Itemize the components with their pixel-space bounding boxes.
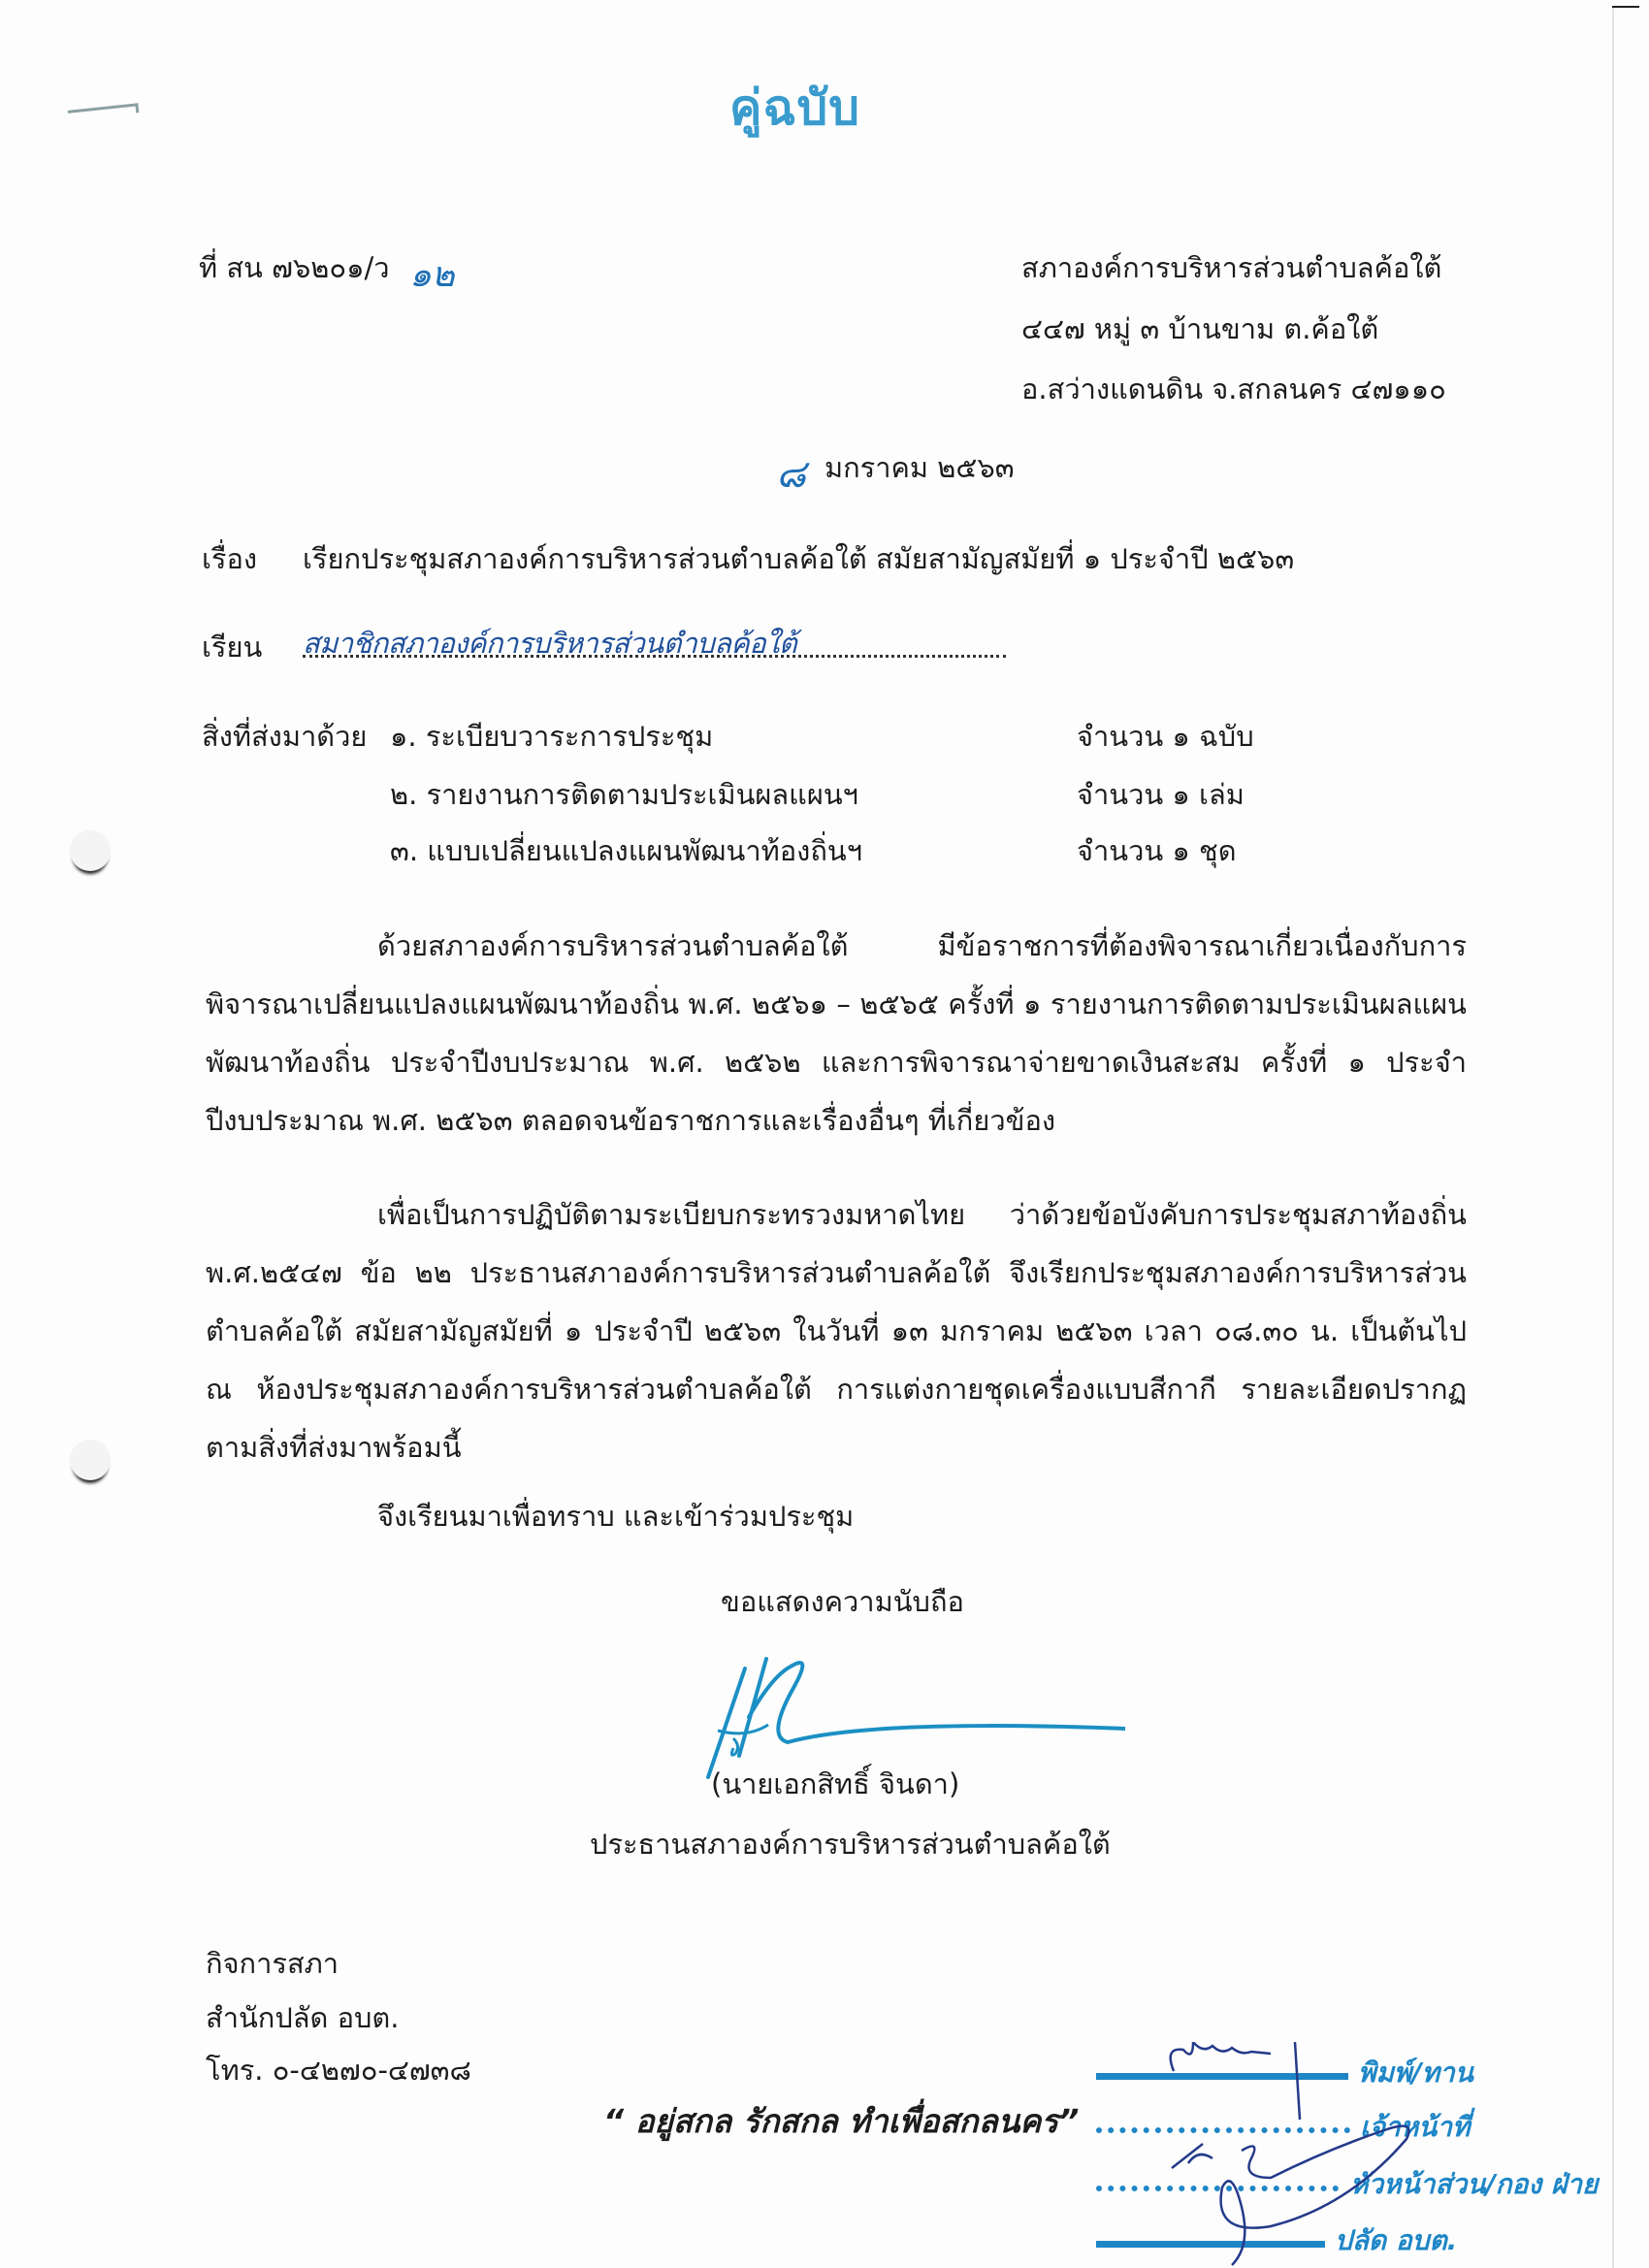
punch-hole [70, 830, 111, 871]
enclosure-quantity: จำนวน ๑ ชุด [1077, 837, 1237, 865]
enclosure-quantity: จำนวน ๑ เล่ม [1077, 781, 1245, 809]
enclosures-label: สิ่งที่ส่งมาด้วย [202, 723, 367, 751]
signatory-title: ประธานสภาองค์การบริหารส่วนตำบลค้อใต้ [590, 1831, 1111, 1859]
body-paragraph: เพื่อเป็นการปฏิบัติตามระเบียบกระทรวงมหาด… [206, 1185, 1467, 1476]
body-paragraph: ด้วยสภาองค์การบริหารส่วนตำบลค้อใต้ มีข้อ… [206, 917, 1467, 1150]
contact-department: กิจการสภา [206, 1950, 339, 1978]
staple-mark [68, 103, 140, 120]
reference-number-handwritten: ๑๒ [409, 246, 455, 302]
sender-address-line: ๔๔๗ หมู่ ๓ บ้านขาม ต.ค้อใต้ [1021, 315, 1378, 343]
salutation-label: เรียน [202, 633, 262, 662]
enclosure-item: ๒. รายงานการติดตามประเมินผลแผนฯ [390, 781, 858, 809]
closing-regards: ขอแสดงความนับถือ [721, 1588, 964, 1616]
signature [679, 1649, 1125, 1785]
subject-text: เรียกประชุมสภาองค์การบริหารส่วนตำบลค้อใต… [303, 545, 1294, 573]
sender-address-line: อ.สว่างแดนดิน จ.สกลนคร ๔๗๑๑๐ [1021, 375, 1446, 404]
enclosure-item: ๓. แบบเปลี่ยนแปลงแผนพัฒนาท้องถิ่นฯ [390, 837, 862, 865]
closing-request: จึงเรียนมาเพื่อทราบ และเข้าร่วมประชุม [377, 1503, 854, 1531]
routing-initials [1096, 2042, 1610, 2268]
page-edge [1612, 6, 1614, 2268]
enclosure-quantity: จำนวน ๑ ฉบับ [1077, 723, 1254, 751]
subject-label: เรื่อง [202, 545, 257, 573]
reference-number: ที่ สน ๗๖๒๐๑/ว [199, 254, 390, 282]
document-page: คู่ฉบับ ที่ สน ๗๖๒๐๑/ว ๑๒ สภาองค์การบริห… [0, 0, 1649, 2268]
enclosure-item: ๑. ระเบียบวาระการประชุม [390, 723, 713, 751]
contact-office: สำนักปลัด อบต. [206, 2004, 399, 2032]
punch-hole [70, 1440, 111, 1480]
salutation-recipient-handwritten: สมาชิกสภาองค์การบริหารส่วนตำบลค้อใต้ [303, 621, 796, 665]
slogan: “ อยู่สกล รักสกล ทำเพื่อสกลนคร” [603, 2095, 1079, 2147]
signatory-name: (นายเอกสิทธิ์ จินดา) [711, 1770, 959, 1798]
routing-stamp: พิมพ์/ทาน เจ้าหน้าที่ หัวหน้าส่วน/กอง ฝ่… [1096, 2042, 1610, 2268]
date-day-handwritten: ๘ [776, 442, 806, 504]
date-month-year: มกราคม ๒๕๖๓ [824, 454, 1015, 482]
page-edge-mark [1612, 6, 1639, 8]
sender-address-line: สภาองค์การบริหารส่วนตำบลค้อใต้ [1021, 254, 1441, 282]
copy-stamp: คู่ฉบับ [729, 70, 860, 146]
salutation-dotted-line [303, 655, 1006, 658]
contact-phone: โทร. ๐-๔๒๗๐-๔๗๓๘ [206, 2057, 471, 2085]
